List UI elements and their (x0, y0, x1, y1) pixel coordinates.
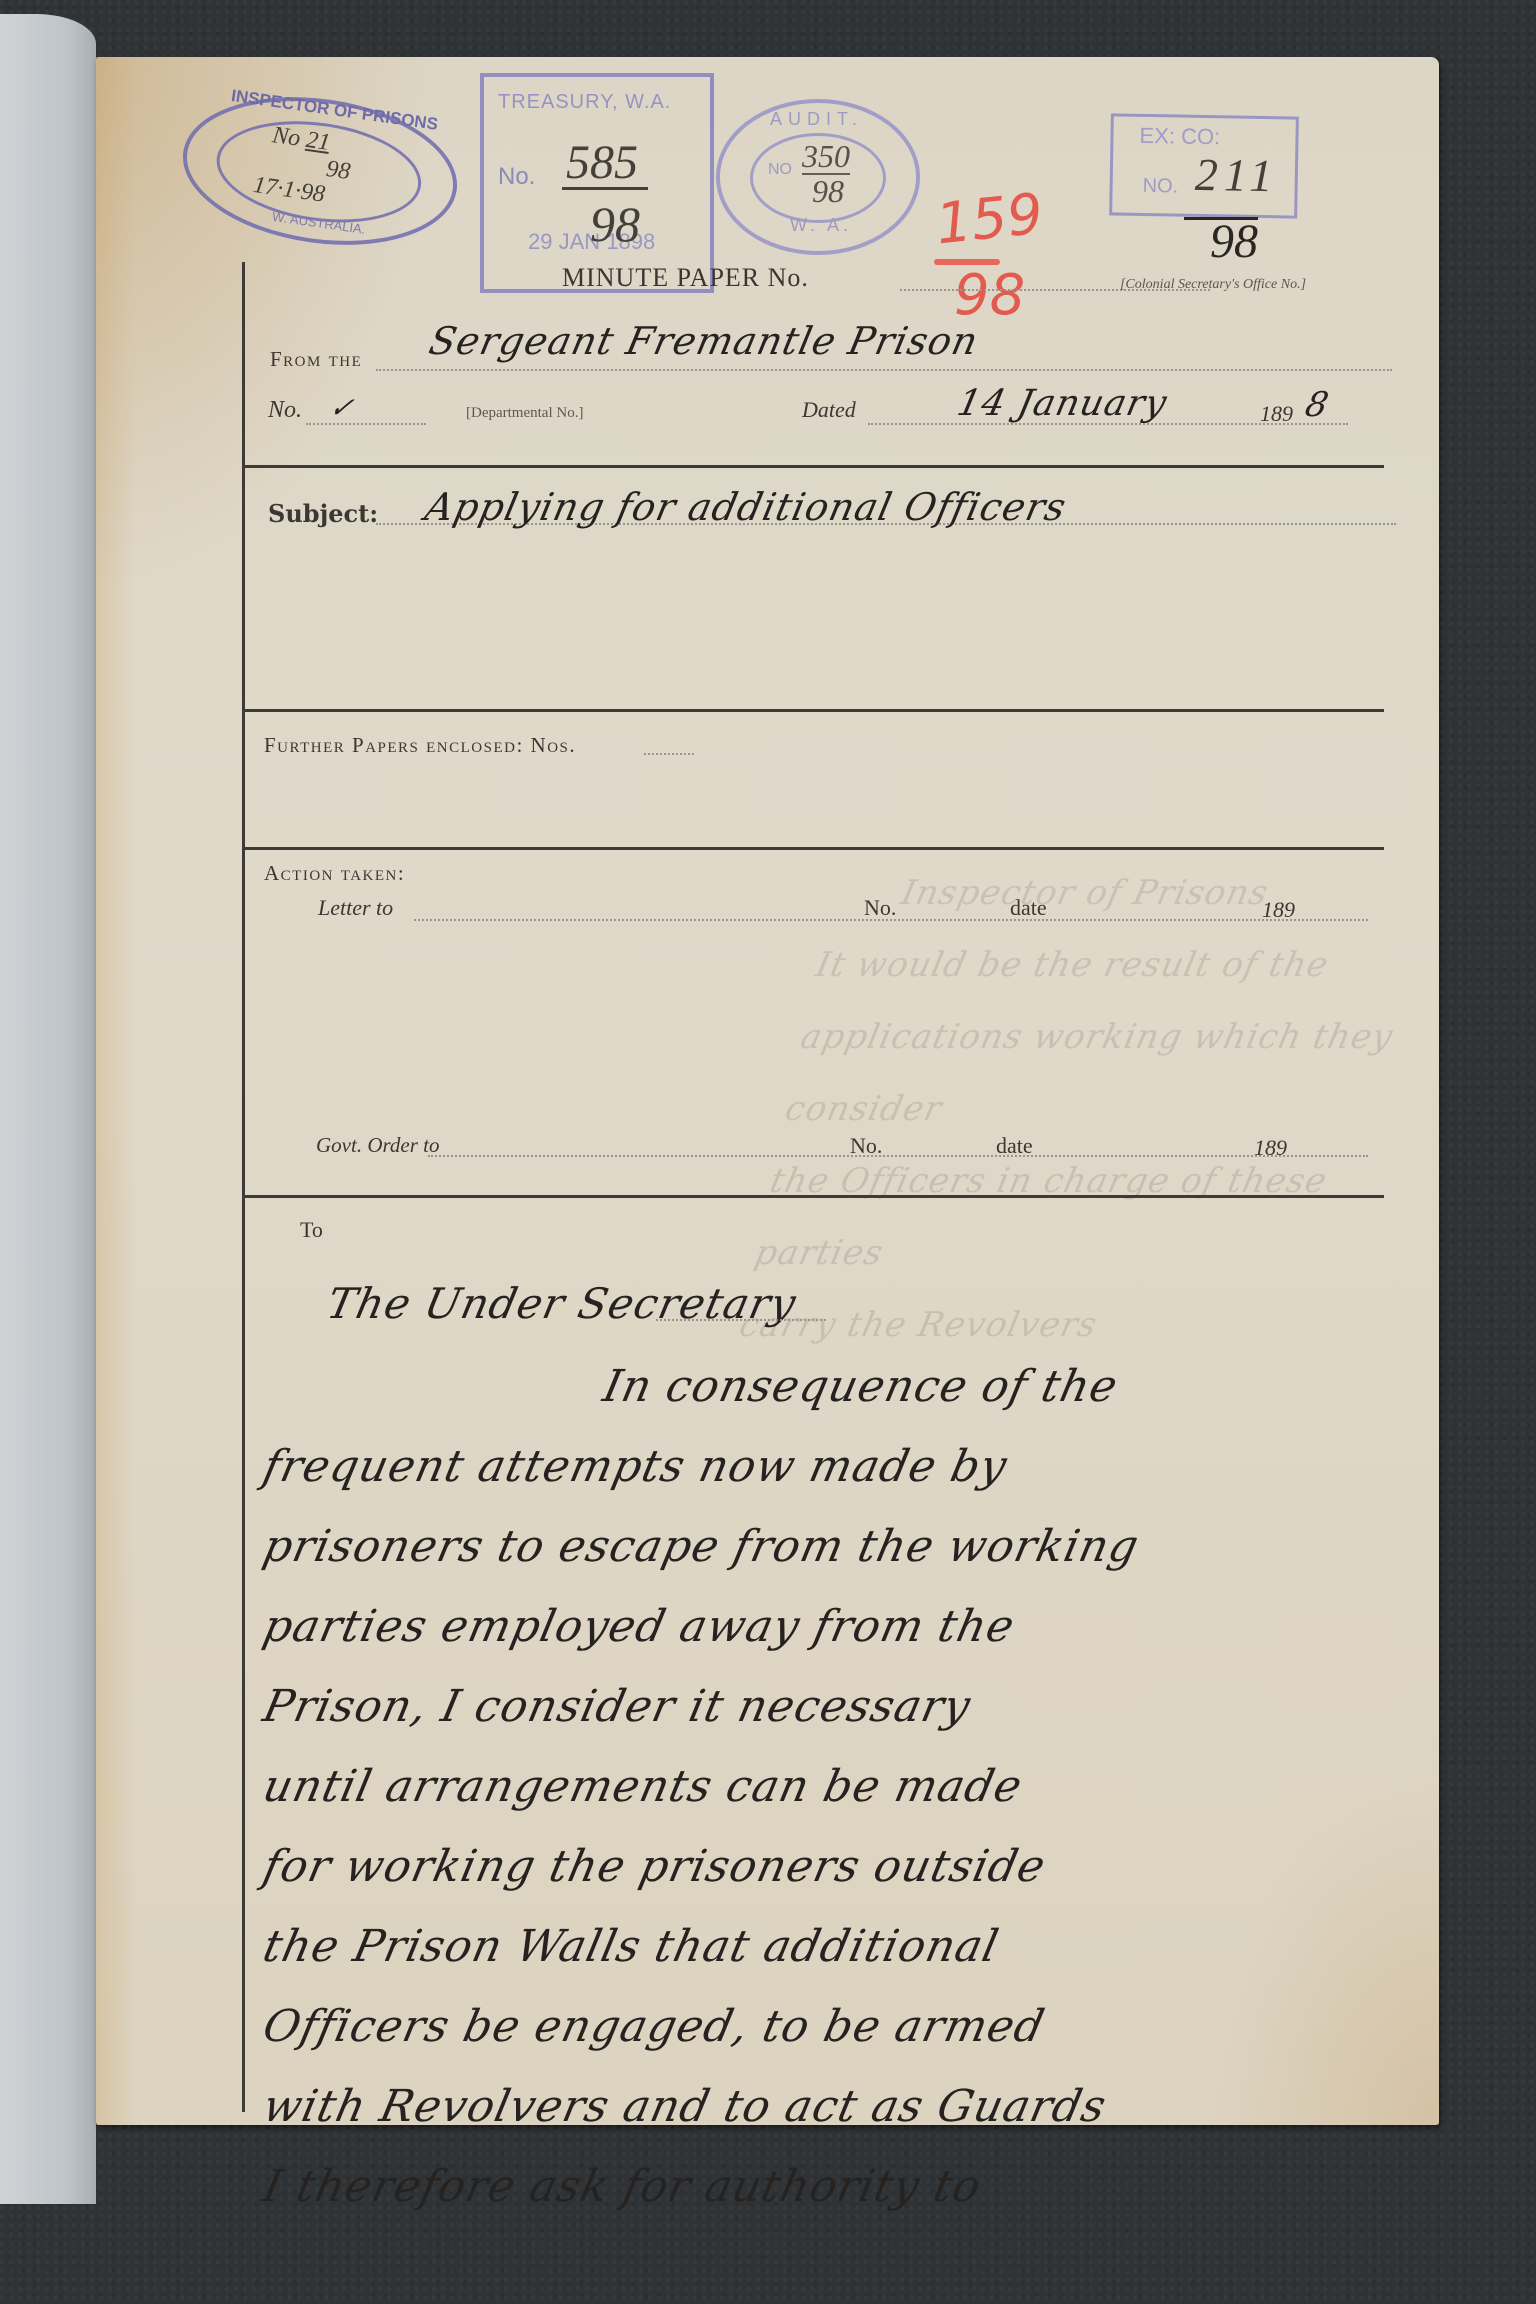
inspector-no-label: No (271, 122, 302, 152)
audit-stamp: AUDIT. NO 350 98 W. A. (716, 99, 920, 255)
letter-body: In consequence of the frequent attempts … (264, 1347, 1404, 2227)
letter-line: I therefore ask for authority to (255, 2147, 1412, 2227)
audit-title: AUDIT. (770, 109, 863, 130)
dated-value: 14 January (954, 383, 1171, 424)
from-dots (376, 369, 1392, 371)
subject-label: Subject: (268, 499, 378, 528)
exco-stamp: EX: CO: NO. 211 (1109, 113, 1299, 218)
audit-number: 350 (802, 139, 850, 175)
letter-line: prisoners to escape from the working (255, 1507, 1412, 1587)
treasury-year: 98 (590, 195, 640, 253)
govt-order-no-label: No. (850, 1133, 882, 1159)
govt-order-year-label: 189 (1254, 1135, 1287, 1161)
subject-value: Applying for additional Officers (421, 485, 1070, 529)
letter-line: the Prison Walls that additional (255, 1907, 1412, 1987)
treasury-no-label: No. (498, 163, 535, 191)
letter-line: Officers be engaged, to be armed (255, 1987, 1412, 2067)
colonial-office-label: [Colonial Secretary's Office No.] (1120, 277, 1306, 293)
letter-no-label: No. (864, 895, 896, 921)
letter-line: Prison, I consider it necessary (255, 1667, 1412, 1747)
letter-line: In consequence of the (255, 1347, 1412, 1427)
departmental-no-caption: [Departmental No.] (466, 405, 583, 422)
rule-after-subject (244, 709, 1384, 712)
govt-order-dots (428, 1155, 1368, 1157)
letter-line: parties employed away from the (255, 1587, 1412, 1667)
inspector-no-number: 21 (304, 127, 331, 156)
audit-no-label: NO (768, 161, 792, 179)
form-title: MINUTE PAPER No. (562, 263, 809, 293)
red-number: 159 (933, 182, 1046, 258)
audit-year: 98 (812, 173, 844, 210)
treasury-title: TREASURY, W.A. (498, 91, 671, 114)
exco-no-label: NO. (1142, 175, 1178, 199)
letter-line: with Revolvers and to act as Guards (255, 2067, 1412, 2147)
from-label: From the (270, 347, 362, 372)
rule-after-from (244, 465, 1384, 468)
exco-number: 211 (1194, 148, 1279, 202)
dated-label: Dated (802, 397, 856, 423)
year-suffix: 8 (1302, 385, 1333, 425)
form-margin-rule (242, 262, 245, 2112)
further-papers-dots (644, 753, 694, 755)
exco-year: 98 (1184, 217, 1258, 264)
govt-order-date-label: date (996, 1133, 1033, 1159)
from-value: Sergeant Fremantle Prison (425, 319, 982, 363)
left-facing-page (0, 14, 96, 2204)
bleed-through-text: Inspector of Prisons It would be the res… (732, 857, 1479, 1361)
further-papers-label: Further Papers enclosed: Nos. (264, 733, 576, 758)
action-taken-label: Action taken: (264, 861, 405, 886)
rule-after-action (244, 1195, 1384, 1198)
letter-line: until arrangements can be made (255, 1747, 1412, 1827)
letter-date-label: date (1010, 895, 1047, 921)
no-dots (306, 423, 426, 425)
addressee-dots (656, 1319, 826, 1321)
exco-title: EX: CO: (1139, 123, 1220, 150)
govt-order-label: Govt. Order to (316, 1133, 439, 1158)
letter-year-label: 189 (1262, 897, 1295, 923)
treasury-stamp: TREASURY, W.A. No. 585 29 JAN 1898 98 (480, 73, 714, 293)
inspector-no-year: 98 (324, 156, 352, 186)
letter-line: frequent attempts now made by (255, 1427, 1412, 1507)
departmental-no-value: ✓ (326, 391, 357, 424)
audit-bottom-text: W. A. (790, 215, 852, 236)
letter-to-label: Letter to (318, 895, 393, 921)
year-prefix: 189 (1260, 401, 1293, 427)
departmental-no-label: No. (268, 397, 302, 424)
inspector-of-prisons-stamp: INSPECTOR OF PRISONS W. AUSTRALIA. No 21… (173, 80, 466, 261)
minute-paper-sheet: Inspector of Prisons It would be the res… (96, 57, 1439, 2125)
to-label: To (300, 1217, 323, 1243)
letter-line: for working the prisoners outside (255, 1827, 1412, 1907)
rule-after-further-papers (244, 847, 1384, 850)
treasury-number: 585 (562, 139, 648, 190)
